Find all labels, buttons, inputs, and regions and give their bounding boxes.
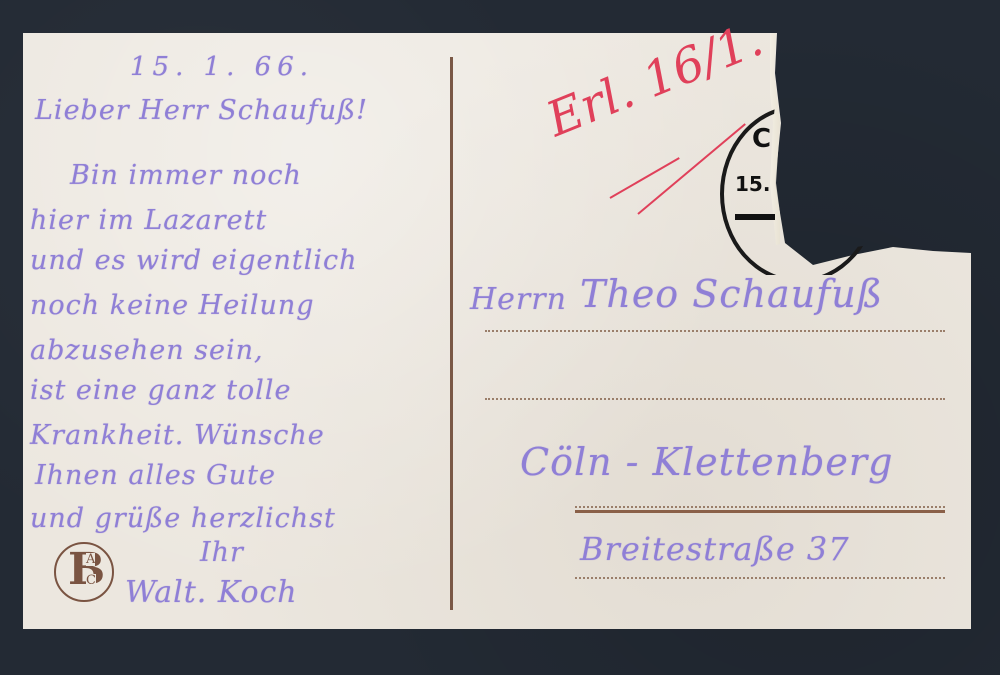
signature: Walt. Koch — [125, 575, 298, 610]
address-city: Cöln - Klettenberg — [520, 440, 893, 484]
message-line: Krankheit. Wünsche — [30, 420, 325, 451]
message-line: und grüße herzlichst — [30, 503, 336, 534]
message-line: noch keine Heilung — [30, 290, 315, 321]
address-street: Breitestraße 37 — [580, 530, 850, 568]
logo-letter-c: C — [86, 574, 96, 587]
message-line: ist eine ganz tolle — [30, 375, 291, 406]
address-line-1 — [485, 330, 945, 332]
handwritten-date: 15. 1. 66. — [130, 52, 314, 82]
message-line: Ihr — [200, 537, 244, 568]
logo-letter-a: A — [86, 553, 95, 566]
message-line: hier im Lazarett — [30, 205, 267, 236]
message-line: und es wird eigentlich — [30, 245, 357, 276]
postmark-letter: C — [752, 124, 771, 154]
address-name: Theo Schaufuß — [580, 272, 883, 316]
postmark-bar — [735, 214, 775, 220]
address-line-3-dotted — [575, 506, 945, 508]
address-line-2 — [485, 398, 945, 400]
message-line: Bin immer noch — [70, 160, 302, 191]
postmark-date: 15. — [735, 172, 770, 196]
address-salutation: Herrn — [470, 282, 567, 317]
address-line-3-solid — [575, 510, 945, 513]
postcard-divider-line — [450, 57, 453, 610]
message-line: abzusehen sein, — [30, 335, 264, 366]
message-line: Lieber Herr Schaufuß! — [35, 95, 368, 126]
address-line-4 — [575, 577, 945, 579]
publisher-logo: B A C — [54, 542, 114, 602]
message-line: Ihnen alles Gute — [35, 460, 276, 491]
